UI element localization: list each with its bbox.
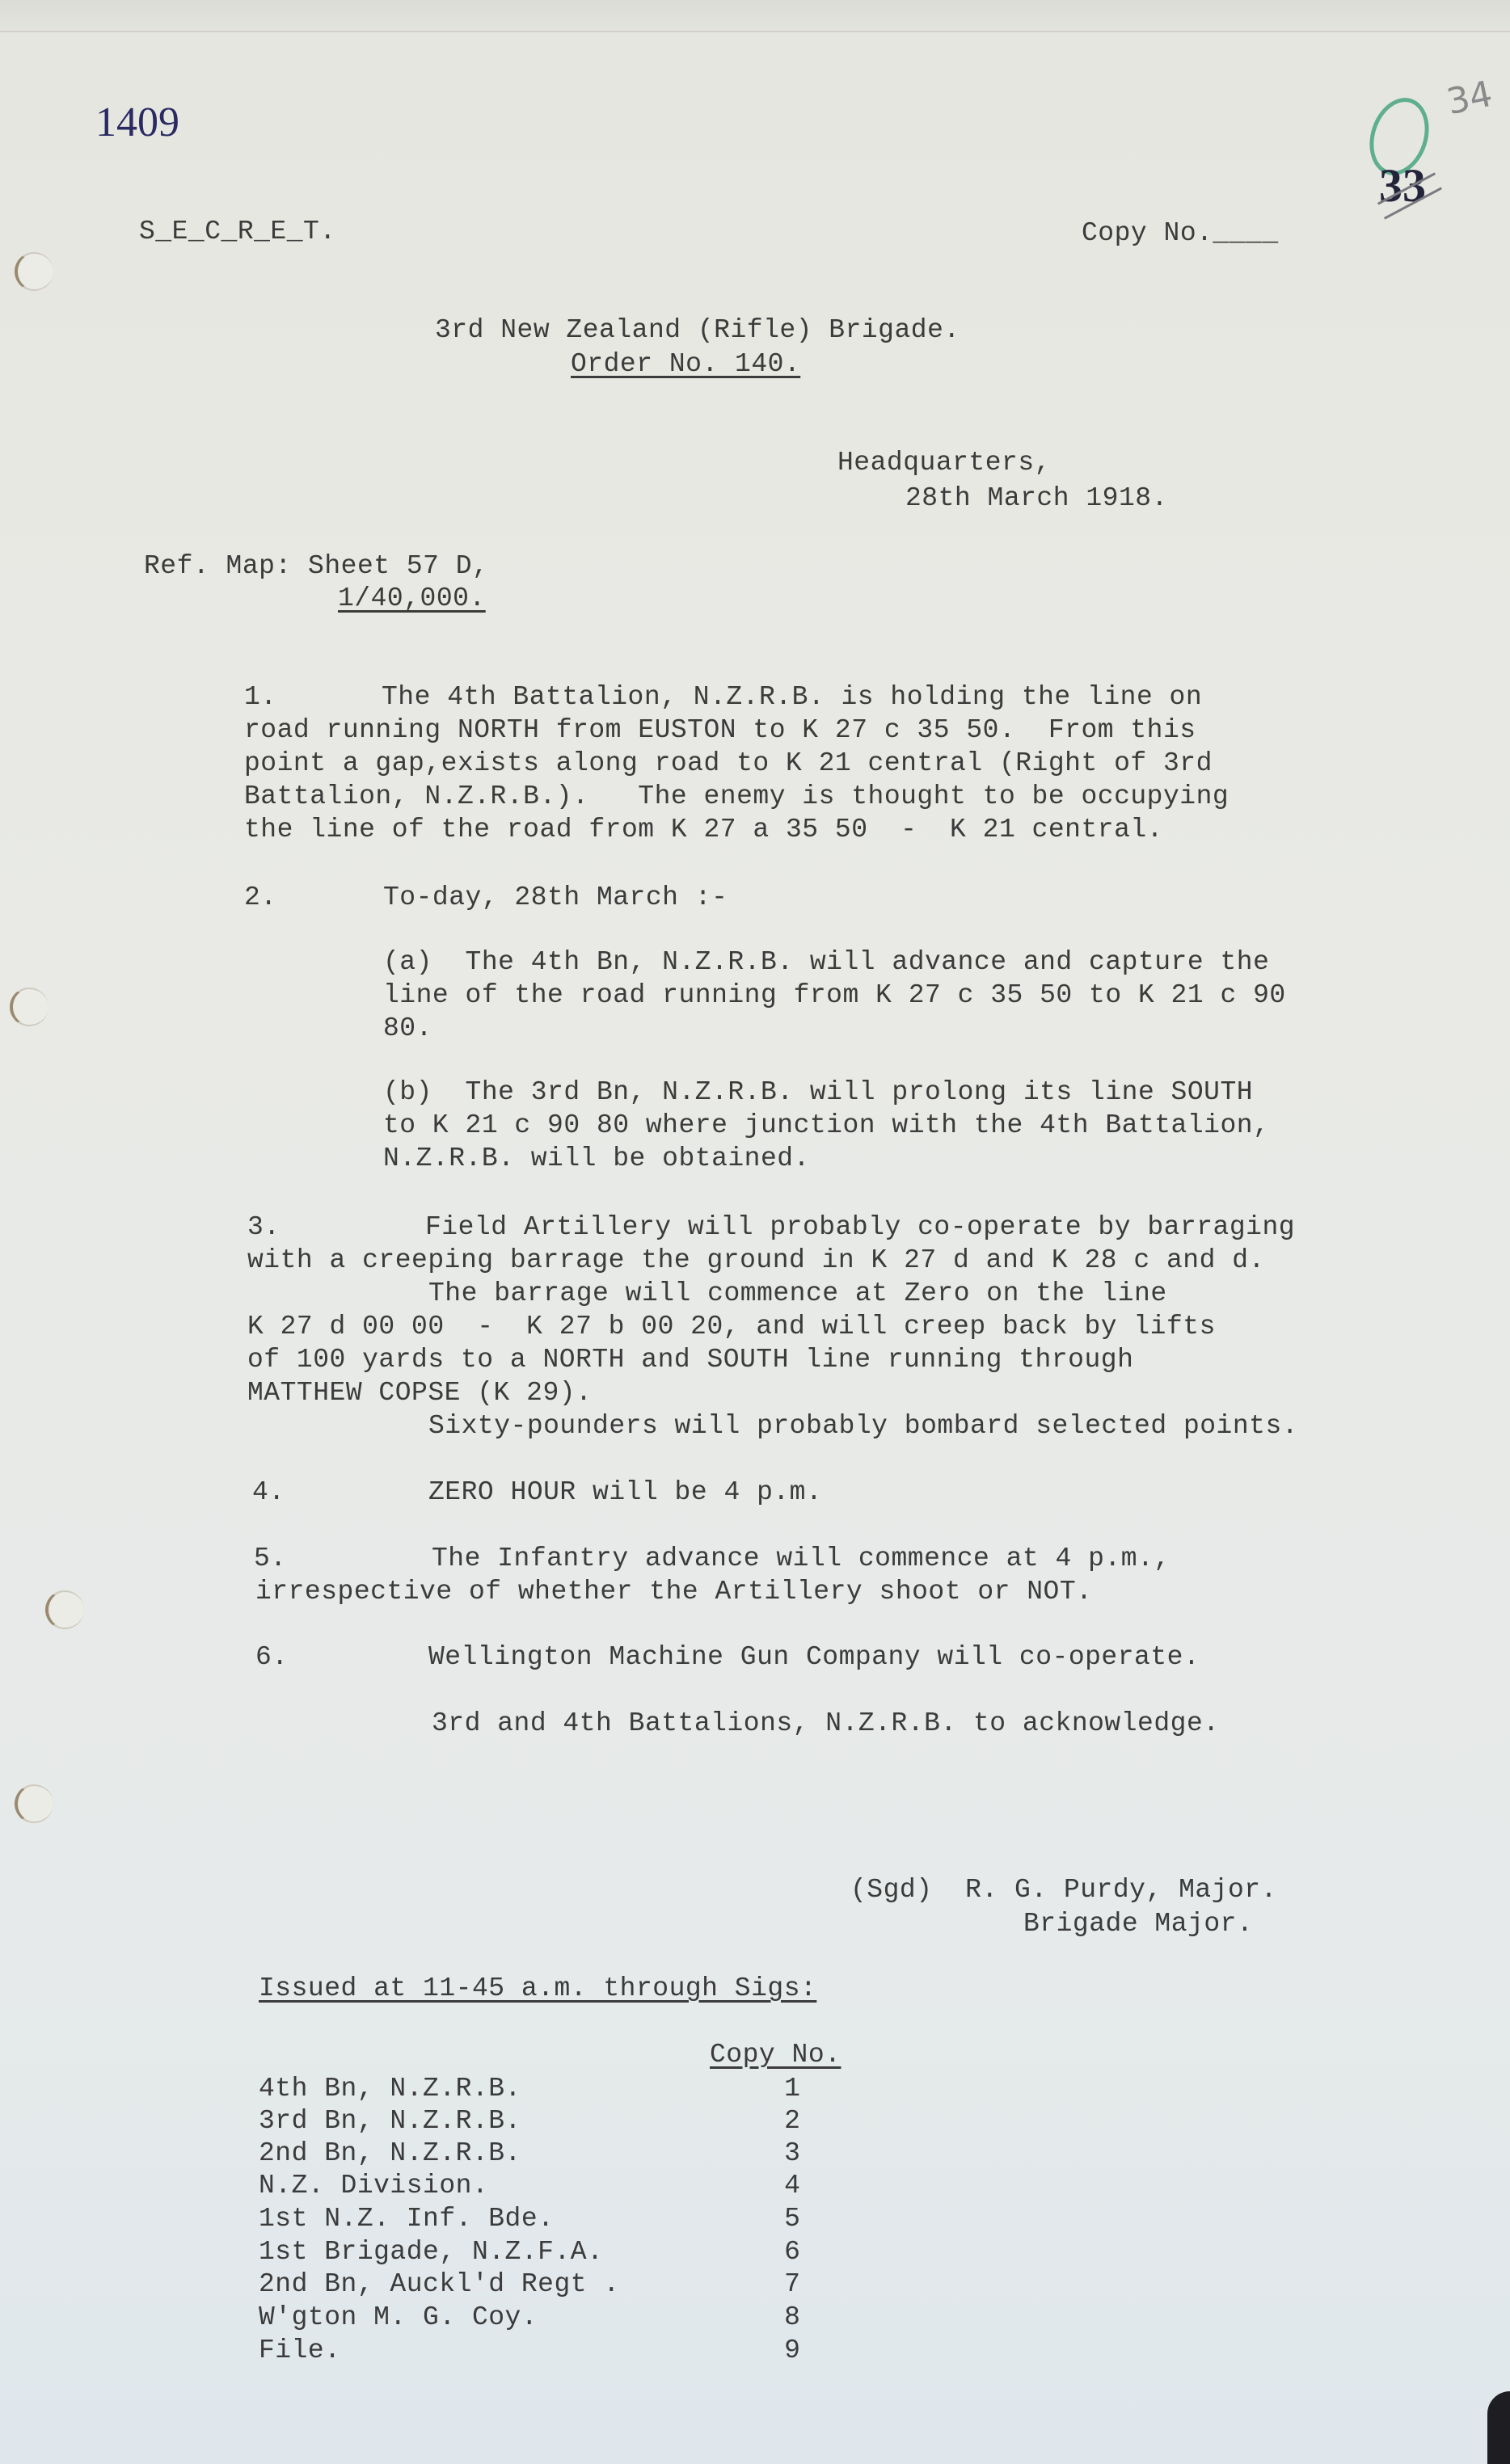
para-6-text: Wellington Machine Gun Company will co-o… — [428, 1641, 1200, 1674]
para-2b-line: N.Z.R.B. will be obtained. — [383, 1142, 810, 1175]
para-1-line: road running NORTH from EUSTON to K 27 c… — [244, 714, 1196, 747]
distribution-row: W'gton M. G. Coy. 8 — [259, 2301, 873, 2334]
para-5-number: 5. — [254, 1542, 287, 1575]
recipient-name: 1st Brigade, N.Z.F.A. — [259, 2235, 603, 2268]
para-1-line: the line of the road from K 27 a 35 50 -… — [244, 813, 1163, 846]
para-3-line: The barrage will commence at Zero on the… — [428, 1277, 1167, 1310]
typed-page-number: 33 — [1379, 158, 1426, 213]
signature-title: Brigade Major. — [1023, 1907, 1253, 1940]
para-4-text: ZERO HOUR will be 4 p.m. — [428, 1476, 822, 1509]
para-6-number: 6. — [255, 1641, 289, 1674]
paper-fold-line — [0, 31, 1510, 32]
para-1-line: Battalion, N.Z.R.B.). The enemy is thoug… — [244, 780, 1229, 813]
distribution-row: 2nd Bn, N.Z.R.B. 3 — [259, 2137, 873, 2170]
distribution-row: 1st Brigade, N.Z.F.A. 6 — [259, 2235, 873, 2268]
para-3-line: with a creeping barrage the ground in K … — [247, 1244, 1265, 1277]
para-1-line: The 4th Battalion, N.Z.R.B. is holding t… — [382, 680, 1202, 714]
copy-number-label: Copy No.____ — [1082, 217, 1279, 250]
copy-number: 1 — [768, 2072, 816, 2105]
recipient-name: 2nd Bn, Auckl'd Regt . — [259, 2268, 620, 2301]
para-5-line: irrespective of whether the Artillery sh… — [255, 1575, 1092, 1608]
ref-map-label: Ref. Map: Sheet 57 D, — [144, 550, 488, 583]
recipient-name: 1st N.Z. Inf. Bde. — [259, 2202, 554, 2235]
photo-background-corner — [1487, 2391, 1510, 2464]
distribution-row: 2nd Bn, Auckl'd Regt . 7 — [259, 2268, 873, 2301]
para-3-line: Sixty-pounders will probably bombard sel… — [428, 1409, 1298, 1443]
punch-hole-icon — [45, 1590, 84, 1629]
recipient-name: W'gton M. G. Coy. — [259, 2301, 538, 2334]
distribution-row: 3rd Bn, N.Z.R.B. 2 — [259, 2104, 873, 2138]
copy-number: 3 — [768, 2137, 816, 2170]
recipient-name: N.Z. Division. — [259, 2169, 488, 2202]
para-3-number: 3. — [247, 1211, 280, 1244]
para-2b-line: (b) The 3rd Bn, N.Z.R.B. will prolong it… — [383, 1076, 1253, 1109]
order-number: Order No. 140. — [571, 347, 800, 381]
punch-hole-icon — [15, 252, 53, 291]
para-3-line: Field Artillery will probably co-operate… — [425, 1211, 1295, 1244]
copy-number: 7 — [768, 2268, 816, 2301]
copy-number: 5 — [768, 2202, 816, 2235]
copy-no-column-header: Copy No. — [710, 2038, 841, 2071]
copy-number: 8 — [768, 2301, 816, 2334]
headquarters-label: Headquarters, — [837, 446, 1051, 479]
para-2b-line: to K 21 c 90 80 where junction with the … — [383, 1109, 1269, 1142]
map-scale: 1/40,000. — [338, 582, 486, 615]
para-1-number: 1. — [244, 680, 277, 714]
para-3-line: K 27 d 00 00 - K 27 b 00 20, and will cr… — [247, 1310, 1216, 1343]
para-5-line: The Infantry advance will commence at 4 … — [432, 1542, 1170, 1575]
para-3-line: MATTHEW COPSE (K 29). — [247, 1376, 592, 1409]
acknowledge-line: 3rd and 4th Battalions, N.Z.R.B. to ackn… — [432, 1707, 1220, 1740]
recipient-name: File. — [259, 2334, 341, 2367]
pencil-page-number: 34 — [1443, 74, 1495, 124]
page-top-edge — [0, 0, 1510, 32]
distribution-row: 4th Bn, N.Z.R.B. 1 — [259, 2072, 873, 2105]
distribution-row: N.Z. Division. 4 — [259, 2169, 873, 2202]
para-2a-line: 80. — [383, 1012, 432, 1045]
recipient-name: 2nd Bn, N.Z.R.B. — [259, 2137, 521, 2170]
classification-label: S_E_C_R_E_T. — [139, 215, 336, 248]
recipient-name: 4th Bn, N.Z.R.B. — [259, 2072, 521, 2105]
distribution-row: 1st N.Z. Inf. Bde. 5 — [259, 2202, 873, 2235]
copy-number: 6 — [768, 2235, 816, 2268]
copy-number: 9 — [768, 2334, 816, 2367]
distribution-row: File. 9 — [259, 2334, 873, 2367]
issued-line: Issued at 11-45 a.m. through Sigs: — [259, 1972, 816, 2005]
brigade-title: 3rd New Zealand (Rifle) Brigade. — [435, 314, 960, 347]
recipient-name: 3rd Bn, N.Z.R.B. — [259, 2104, 521, 2138]
para-2-number: 2. — [244, 881, 277, 914]
para-2-intro: To-day, 28th March :- — [383, 881, 728, 914]
signature-line: (Sgd) R. G. Purdy, Major. — [850, 1873, 1277, 1906]
file-number-stamp: 1409 — [95, 99, 179, 146]
para-1-line: point a gap,exists along road to K 21 ce… — [244, 747, 1213, 780]
punch-hole-icon — [10, 988, 49, 1026]
punch-hole-icon — [15, 1784, 53, 1823]
order-date: 28th March 1918. — [905, 482, 1168, 515]
para-2a-line: line of the road running from K 27 c 35 … — [383, 979, 1286, 1012]
copy-number: 2 — [768, 2104, 816, 2138]
para-4-number: 4. — [252, 1476, 285, 1509]
para-2a-line: (a) The 4th Bn, N.Z.R.B. will advance an… — [383, 946, 1269, 979]
para-3-line: of 100 yards to a NORTH and SOUTH line r… — [247, 1343, 1133, 1376]
copy-number: 4 — [768, 2169, 816, 2202]
